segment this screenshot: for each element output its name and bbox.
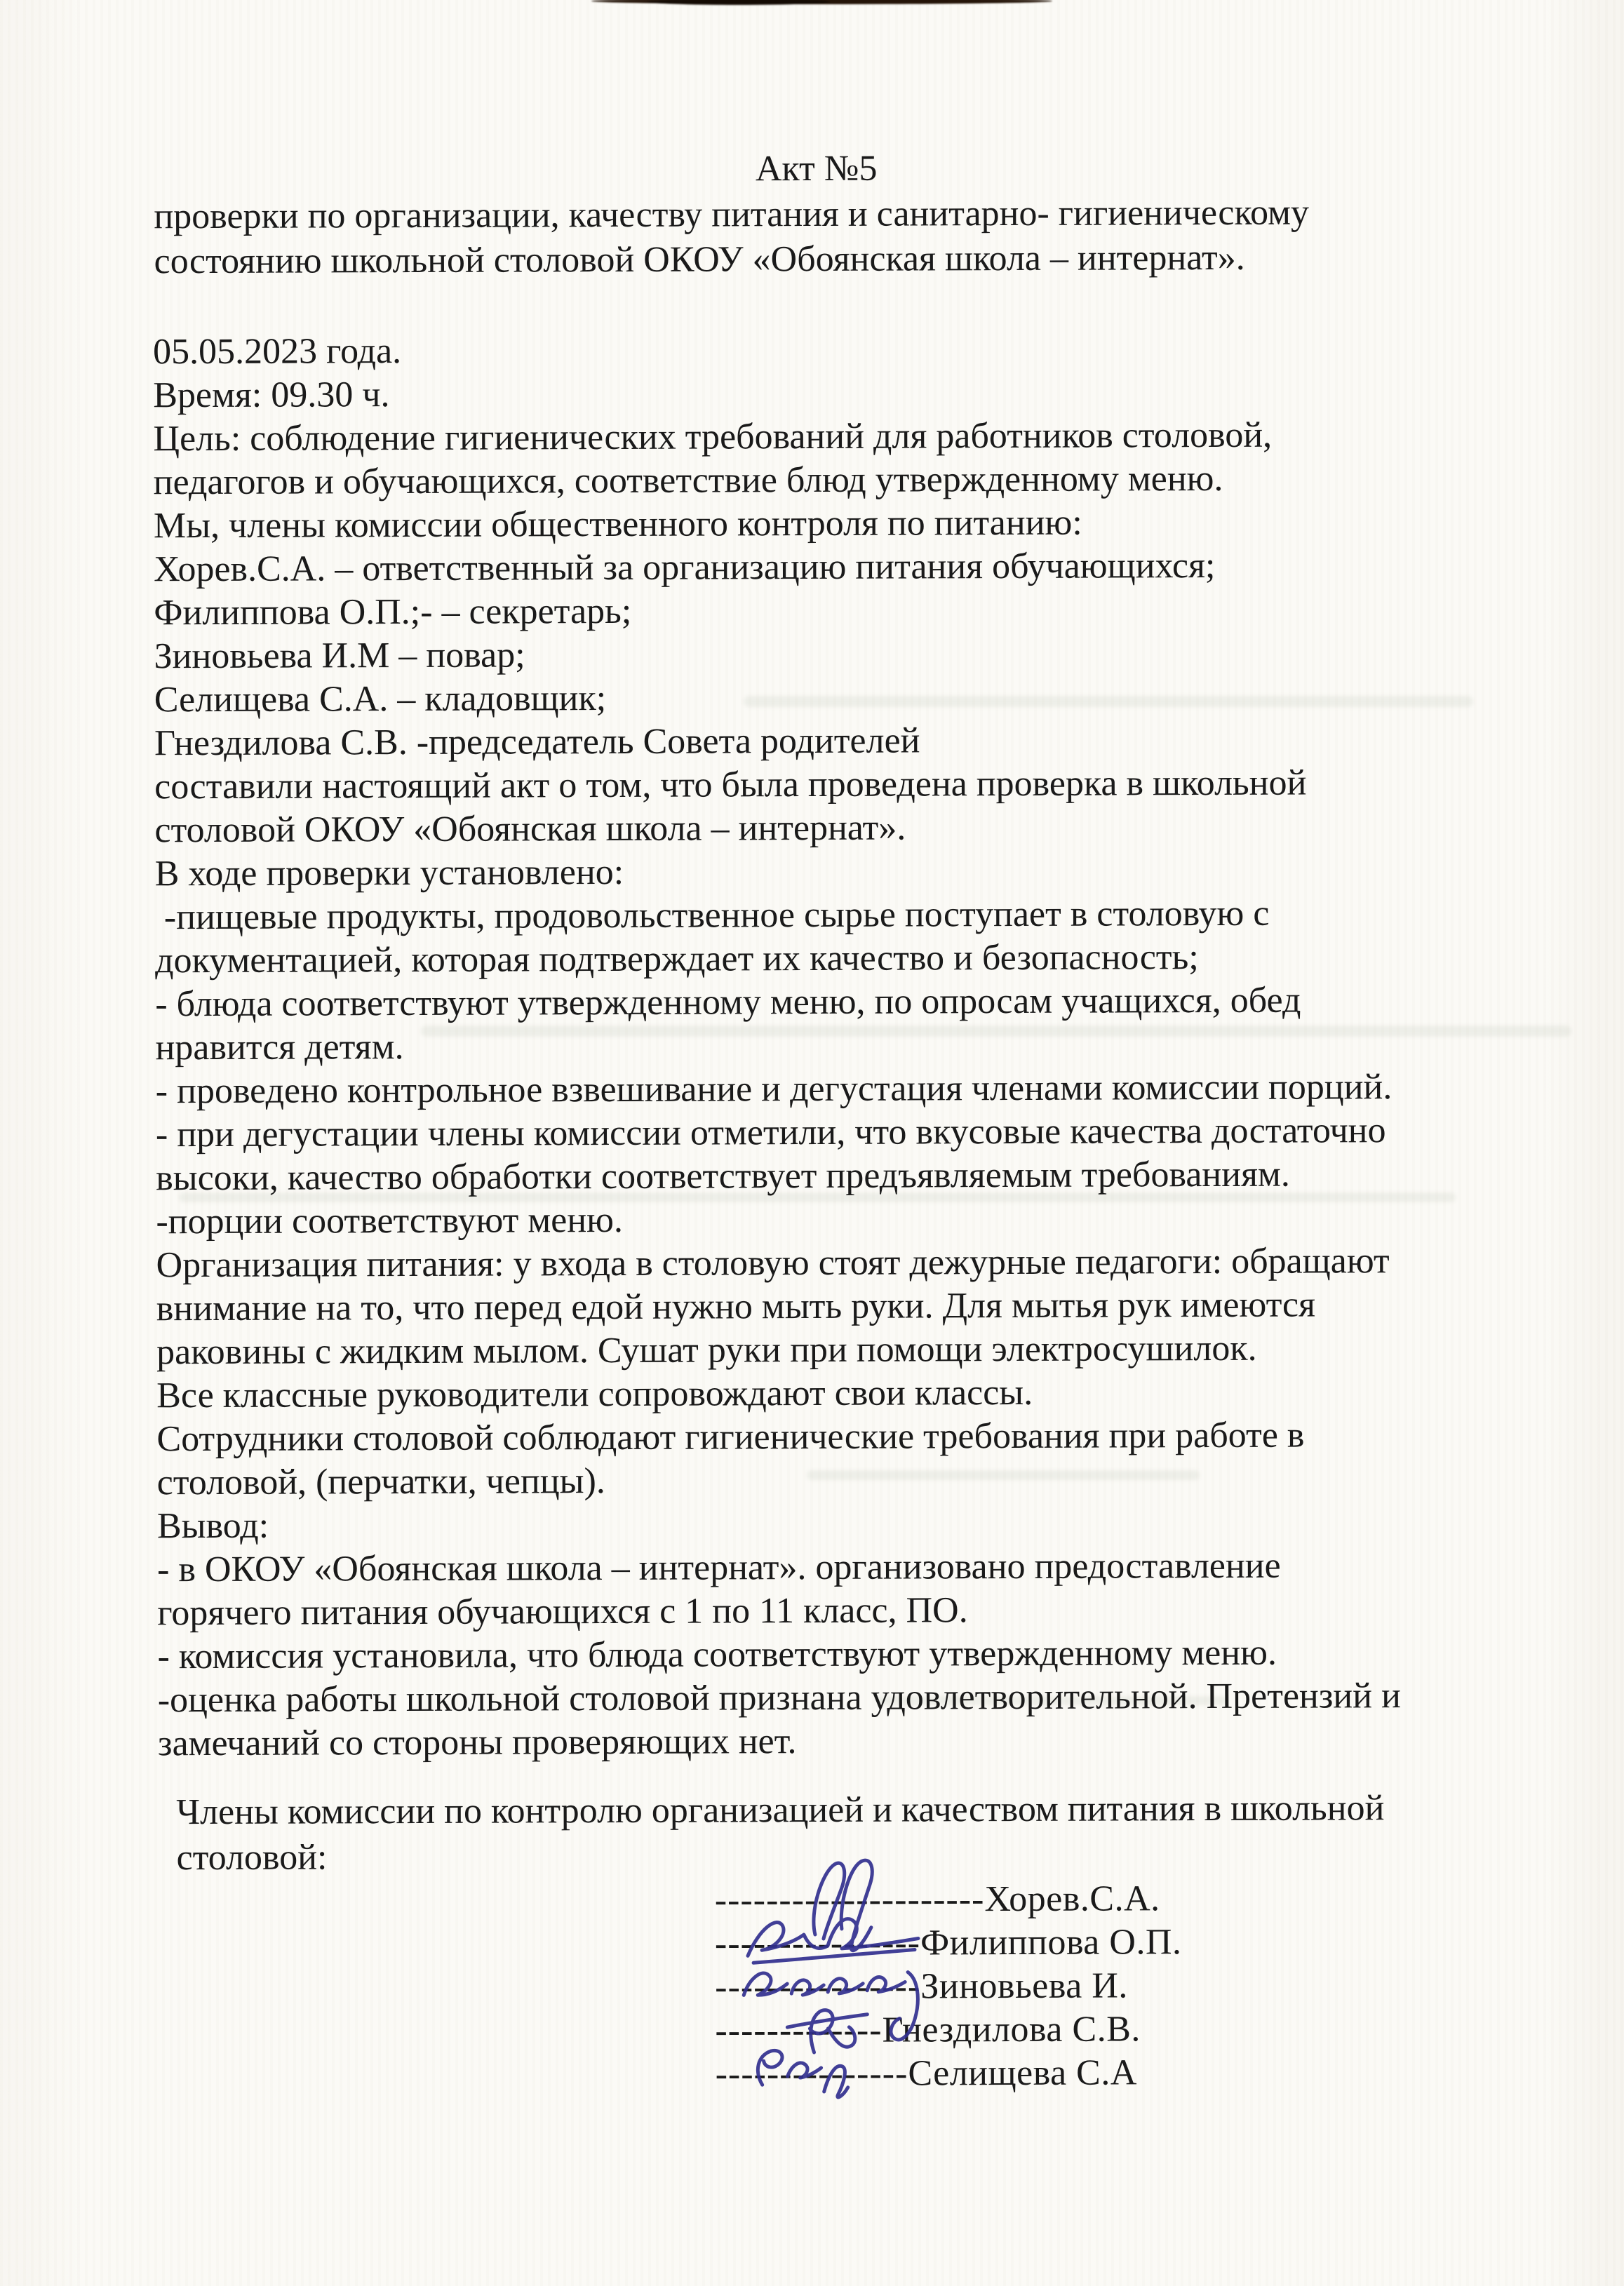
document-title: Акт №5	[152, 145, 1480, 194]
body-line: замечаний со стороны проверяющих нет.	[158, 1718, 1401, 1766]
body-line: горячего питания обучающихся с 1 по 11 к…	[157, 1587, 1400, 1635]
body-line: нравится детям.	[155, 1022, 1398, 1070]
signature-ink-stroke	[753, 1949, 915, 1963]
body-line: Цель: соблюдение гигиенических требовани…	[153, 413, 1396, 461]
body-line: -порции соответствуют меню.	[156, 1196, 1399, 1244]
signature-ink-stroke	[758, 2050, 782, 2085]
body-line: - комиссия установила, что блюда соответ…	[157, 1631, 1400, 1679]
body-line: - в ОКОУ «Обоянская школа – интернат». о…	[157, 1544, 1400, 1592]
document-subtitle: проверки по организации, качеству питани…	[154, 191, 1309, 285]
signature-ink-stroke	[788, 2063, 821, 2078]
body-line: документацией, которая подтверждает их к…	[155, 935, 1398, 983]
body-line: В ходе проверки установлено:	[155, 848, 1398, 896]
body-line: Хорев.С.А. – ответственный за организаци…	[154, 544, 1397, 591]
body-line: Организация питания: у входа в столовую …	[156, 1239, 1399, 1287]
body-line: педагогов и обучающихся, соответствие бл…	[154, 457, 1397, 504]
document-text: 05.05.2023 года.Время: 09.30 ч.Цель: соб…	[153, 326, 1401, 1766]
subtitle-line: проверки по организации, качеству питани…	[154, 191, 1309, 240]
body-line: высоки, качество обработки соответствует…	[156, 1152, 1399, 1200]
handwritten-signatures	[704, 1844, 1027, 2126]
body-line: Филиппова О.П.;- – секретарь;	[154, 587, 1397, 635]
signature-ink-stroke	[867, 1977, 905, 1991]
body-line: составили настоящий акт о том, что была …	[154, 761, 1397, 809]
body-line: Время: 09.30 ч.	[153, 370, 1396, 417]
body-line: Гнездилова С.В. -председатель Совета род…	[154, 718, 1397, 765]
body-line: - блюда соответствуют утвержденному меню…	[155, 979, 1398, 1026]
signature-ink-stroke	[828, 1979, 863, 1993]
scanned-document-page: { "document": { "title": "Акт №5", "subt…	[0, 0, 1624, 2286]
body-line: раковины с жидким мылом. Сушат руки при …	[156, 1326, 1400, 1374]
signature-ink-stroke	[791, 1980, 824, 1995]
body-line: Зиновьева И.М – повар;	[154, 631, 1397, 678]
body-line: столовой, (перчатки, чепцы).	[157, 1457, 1400, 1505]
body-line: -оценка работы школьной столовой признан…	[158, 1674, 1401, 1722]
signature-ink-stroke	[824, 2066, 848, 2097]
body-line: Мы, члены комиссии общественного контрол…	[154, 500, 1397, 548]
body-line: Вывод:	[157, 1500, 1400, 1548]
document-body: Акт №5 проверки по организации, качеству…	[0, 0, 1624, 2286]
body-line: 05.05.2023 года.	[153, 326, 1396, 374]
signature-ink-stroke	[744, 1973, 787, 1995]
body-line: -пищевые продукты, продовольственное сыр…	[155, 892, 1398, 939]
body-line: - проведено контрольное взвешивание и де…	[156, 1065, 1399, 1113]
body-line: Селищева С.А. – кладовщик;	[154, 674, 1397, 722]
body-line: Сотрудники столовой соблюдают гигиеничес…	[156, 1413, 1400, 1461]
body-line: Все классные руководители сопровождают с…	[156, 1370, 1400, 1418]
body-line: - при дегустации члены комиссии отметили…	[156, 1109, 1399, 1157]
signature-ink-stroke	[828, 2027, 854, 2047]
signature-ink-stroke	[787, 2015, 867, 2027]
closing-line: Члены комиссии по контролю организацией …	[176, 1785, 1384, 1835]
subtitle-line: состоянию школьной столовой ОКОУ «Обоянс…	[154, 236, 1309, 285]
body-line: столовой ОКОУ «Обоянская школа – интерна…	[154, 805, 1397, 852]
body-line: внимание на то, что перед едой нужно мыт…	[156, 1283, 1400, 1331]
